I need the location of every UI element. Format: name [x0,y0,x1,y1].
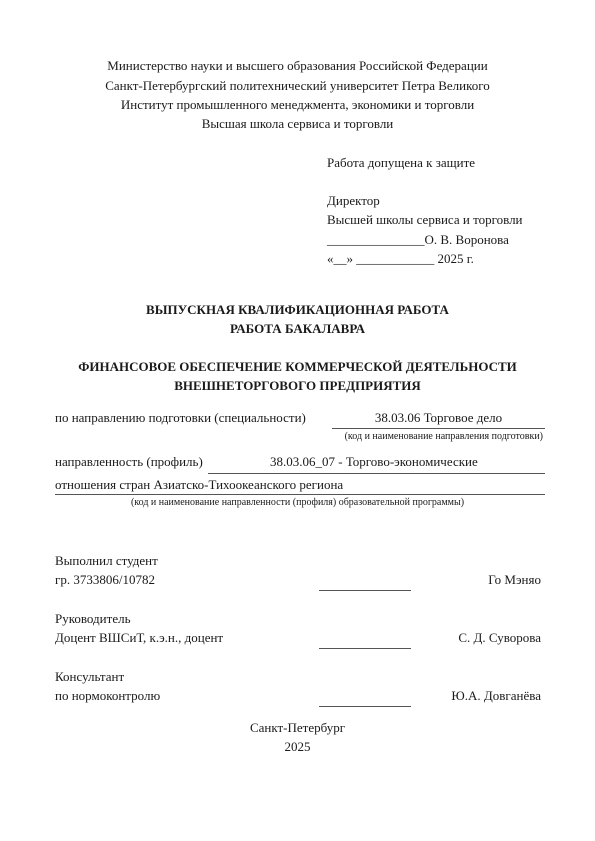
student-signature-line [319,590,411,591]
director-department: Высшей школы сервиса и торговли [327,212,523,228]
thesis-title-line1: ФИНАНСОВОЕ ОБЕСПЕЧЕНИЕ КОММЕРЧЕСКОЙ ДЕЯТ… [0,359,595,375]
profile-value-line1: 38.03.06_07 - Торгово-экономические [270,454,478,470]
thesis-title-line2: ВНЕШНЕТОРГОВОГО ПРЕДПРИЯТИЯ [0,378,595,394]
institute-line: Институт промышленного менеджмента, экон… [0,97,595,113]
supervisor-role: Руководитель [55,611,131,627]
consultant-name: Ю.А. Довганёва [380,688,541,704]
student-name: Го Мэняо [380,572,541,588]
profile-value-line2: отношения стран Азиатско-Тихоокеанского … [55,477,343,493]
supervisor-signature-line [319,648,411,649]
profile-label: направленность (профиль) [55,454,203,470]
director-signature-line: _______________О. В. Воронова [327,232,509,248]
student-group: гр. 3733806/10782 [55,572,155,588]
work-type-title: ВЫПУСКНАЯ КВАЛИФИКАЦИОННАЯ РАБОТА [0,302,595,318]
school-line: Высшая школа сервиса и торговли [0,116,595,132]
approval-date-line: «__» ____________ 2025 г. [327,251,474,267]
university-line: Санкт-Петербургский политехнический унив… [0,78,595,94]
supervisor-position: Доцент ВШСиТ, к.э.н., доцент [55,630,223,646]
student-role: Выполнил студент [55,553,158,569]
ministry-line: Министерство науки и высшего образования… [0,58,595,74]
supervisor-name: С. Д. Суворова [380,630,541,646]
direction-label: по направлению подготовки (специальности… [55,410,306,426]
city: Санкт-Петербург [0,720,595,736]
direction-caption: (код и наименование направления подготов… [280,431,543,442]
profile-underline-2 [55,494,545,495]
direction-value: 38.03.06 Торговое дело [332,410,545,426]
direction-underline [332,428,545,429]
work-type-subtitle: РАБОТА БАКАЛАВРА [0,321,595,337]
consultant-detail: по нормоконтролю [55,688,160,704]
year: 2025 [0,739,595,755]
consultant-role: Консультант [55,669,124,685]
admitted-text: Работа допущена к защите [327,155,475,171]
profile-caption: (код и наименование направленности (проф… [0,497,595,508]
director-label: Директор [327,193,380,209]
profile-underline-1 [208,473,545,474]
consultant-signature-line [319,706,411,707]
